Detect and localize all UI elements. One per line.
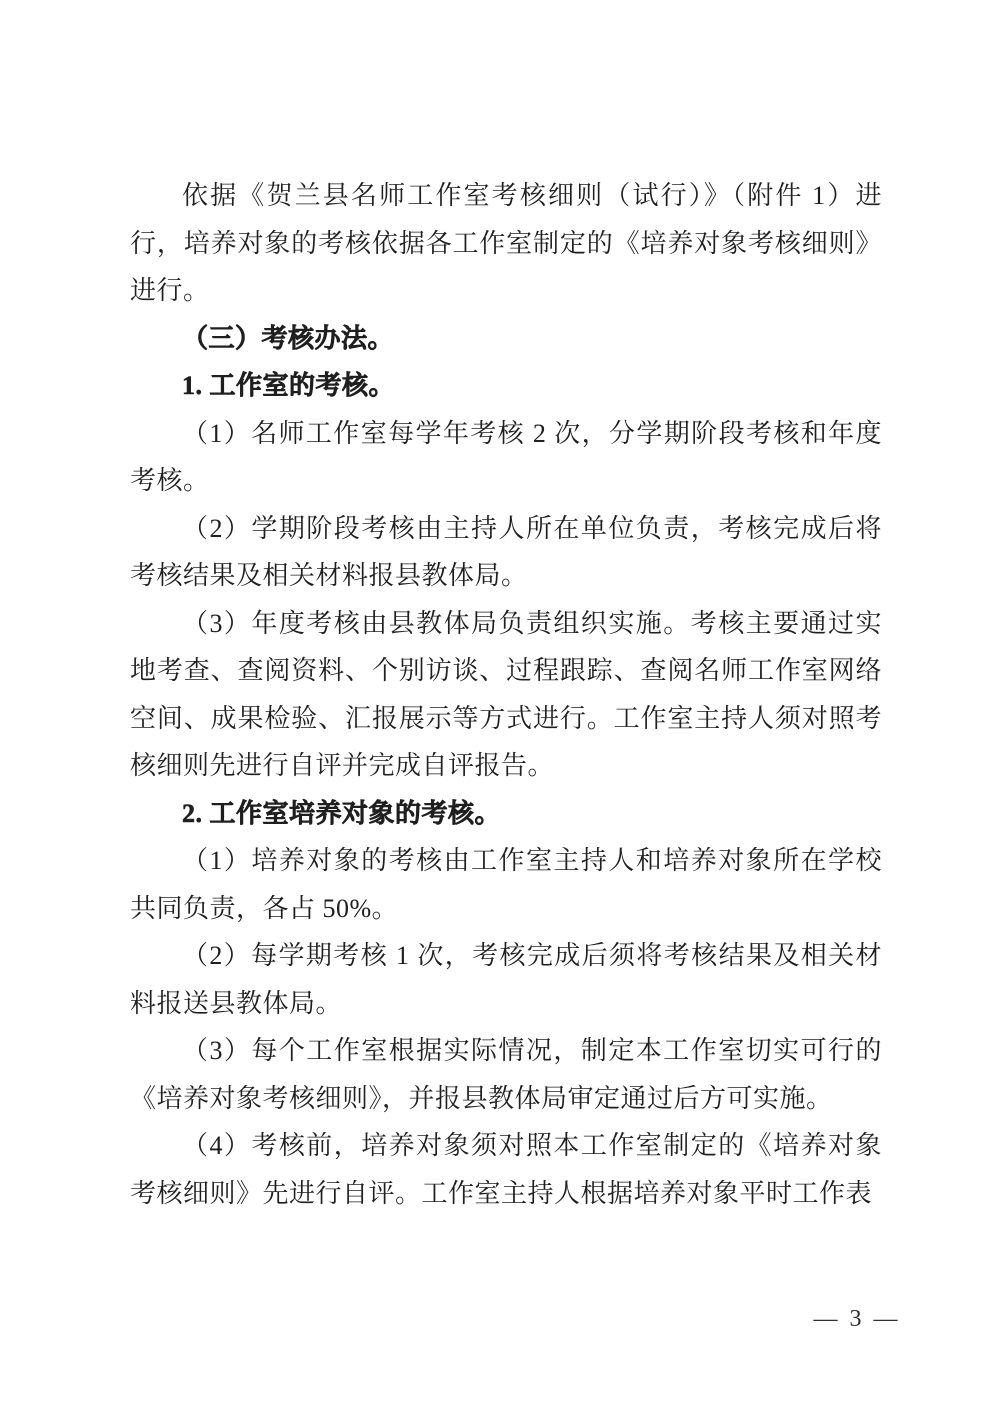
paragraph-workshop-item-3: （3）年度考核由县教体局负责组织实施。考核主要通过实地考查、查阅资料、个别访谈、… — [130, 600, 882, 790]
document-body: 依据《贺兰县名师工作室考核细则（试行）》（附件 1）进行，培养对象的考核依据各工… — [130, 172, 882, 1217]
document-page: 依据《贺兰县名师工作室考核细则（试行）》（附件 1）进行，培养对象的考核依据各工… — [0, 0, 999, 1414]
paragraph-trainee-item-2: （2）每学期考核 1 次，考核完成后须将考核结果及相关材料报送县教体局。 — [130, 932, 882, 1027]
paragraph-intro: 依据《贺兰县名师工作室考核细则（试行）》（附件 1）进行，培养对象的考核依据各工… — [130, 172, 882, 315]
heading-1-workshop-assessment: 1. 工作室的考核。 — [130, 362, 882, 410]
paragraph-trainee-item-4: （4）考核前，培养对象须对照本工作室制定的《培养对象考核细则》先进行自评。工作室… — [130, 1122, 882, 1217]
paragraph-trainee-item-3: （3）每个工作室根据实际情况，制定本工作室切实可行的《培养对象考核细则》，并报县… — [130, 1027, 882, 1122]
paragraph-trainee-item-1: （1）培养对象的考核由工作室主持人和培养对象所在学校共同负责，各占 50%。 — [130, 837, 882, 932]
heading-2-trainee-assessment: 2. 工作室培养对象的考核。 — [130, 790, 882, 838]
heading-section-3-assessment-methods: （三）考核办法。 — [130, 315, 882, 363]
page-number: — 3 — — [812, 1306, 902, 1333]
paragraph-workshop-item-1: （1）名师工作室每学年考核 2 次，分学期阶段考核和年度考核。 — [130, 410, 882, 505]
paragraph-workshop-item-2: （2）学期阶段考核由主持人所在单位负责，考核完成后将考核结果及相关材料报县教体局… — [130, 505, 882, 600]
